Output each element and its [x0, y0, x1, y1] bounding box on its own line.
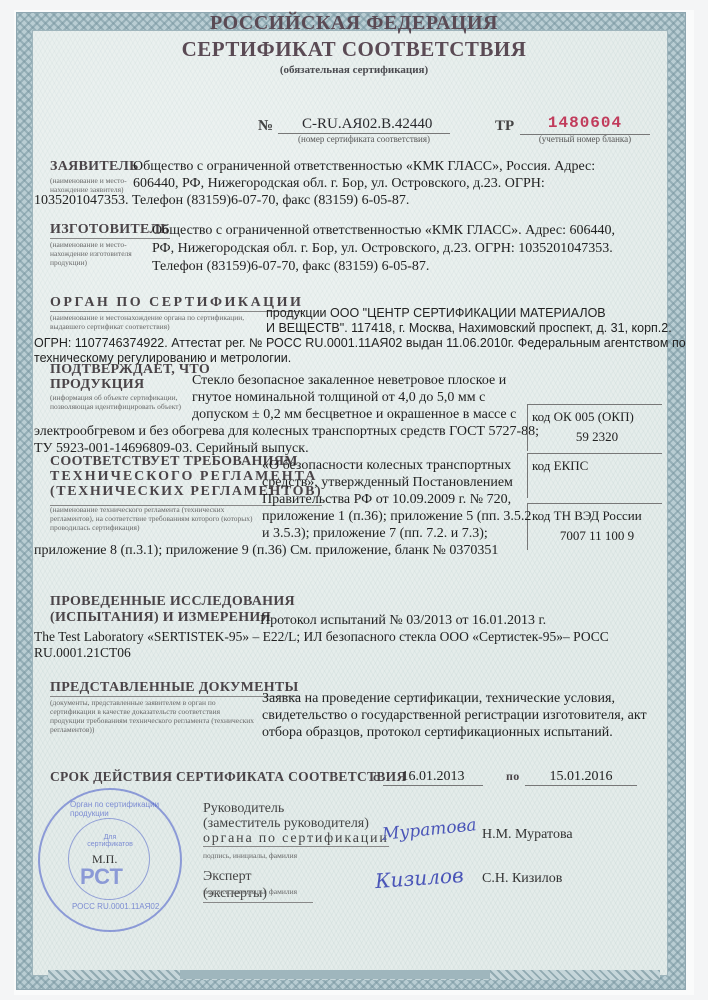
product-line-4: электрообгревом и без обогрева для колес… [34, 423, 539, 440]
documents-line-2: свидетельство о государственной регистра… [262, 707, 647, 724]
tests-line-3: RU.0001.21СТ06 [34, 645, 131, 661]
validity-to-prefix: по [506, 769, 520, 784]
expert-caption: подпись, инициалы, фамилия [203, 887, 297, 896]
certification-body-line-3: ОГРН: 1107746374922. Аттестат рег. № РОС… [34, 335, 686, 351]
certification-body-line-2: И ВЕЩЕСТВ". 117418, г. Москва, Нахимовск… [266, 320, 672, 336]
head-title: Руководитель (заместитель руководителя) … [203, 801, 389, 847]
head-title-line-2: (заместитель руководителя) [203, 816, 389, 831]
tests-label: ПРОВЕДЕННЫЕ ИССЛЕДОВАНИЯ (ИСПЫТАНИЯ) И И… [50, 594, 295, 626]
official-stamp: Орган по сертификации продукции Для серт… [38, 788, 182, 932]
tests-line-2: The Test Laboratory «SERTISTEK-95» – E22… [34, 629, 609, 645]
regulation-line-1: «О безопасности колесных транспортных [262, 457, 511, 474]
product-label: ПОДТВЕРЖДАЕТ, ЧТО ПРОДУКЦИЯ [50, 362, 210, 392]
product-caption: (информация об объекте сертификации, поз… [50, 393, 190, 411]
form-prefix: ТР [495, 118, 514, 135]
head-title-line-1: Руководитель [203, 801, 389, 816]
manufacturer-line-2: РФ, Нижегородская обл. г. Бор, ул. Остро… [152, 240, 613, 257]
code-tnved-box: код ТН ВЭД России 7007 11 100 9 [527, 503, 662, 550]
applicant-line-2: 606440, РФ, Нижегородская обл. г. Бор, у… [133, 175, 545, 192]
certification-body-caption: (наименование и местонахождение органа п… [50, 313, 258, 331]
stamp-inner-text: Для сертификатов [84, 834, 136, 848]
code-okp-label: код ОК 005 (ОКП) [532, 409, 662, 425]
form-number-field: 1480604 [520, 114, 650, 135]
regulation-line-6: приложение 8 (п.3.1); приложение 9 (п.36… [34, 542, 498, 559]
stamp-ring-text: Орган по сертификации продукции [70, 800, 180, 818]
validity-from-prefix: с [373, 769, 379, 785]
head-title-line-3: органа по сертификации [203, 831, 389, 847]
validity-to-date: 15.01.2016 [525, 768, 637, 786]
certificate-number-caption: (номер сертификата соответствия) [278, 134, 450, 144]
code-tnved-label: код ТН ВЭД России [532, 508, 662, 524]
product-line-1: Стекло безопасное закаленное неветровое … [192, 372, 506, 389]
regulation-caption: (наименование технического регламента (т… [50, 505, 265, 532]
validity-label: СРОК ДЕЙСТВИЯ СЕРТИФИКАТА СООТВЕТСТВИЯ [50, 769, 407, 785]
tests-label-line-2: (ИСПЫТАНИЯ) И ИЗМЕРЕНИЯ [50, 610, 295, 626]
tests-label-line-1: ПРОВЕДЕННЫЕ ИССЛЕДОВАНИЯ [50, 594, 295, 610]
certification-body-line-1: продукции ООО "ЦЕНТР СЕРТИФИКАЦИИ МАТЕРИ… [266, 305, 606, 321]
validity-from-date: 16.01.2013 [383, 768, 483, 786]
applicant-label: ЗАЯВИТЕЛЬ [50, 159, 139, 175]
rst-logo-icon: РСТ [80, 864, 123, 890]
applicant-line-1: Общество с ограниченной ответственностью… [133, 158, 595, 175]
footer-printer-imprint [180, 970, 490, 979]
number-sign: № [258, 118, 273, 135]
code-okp-value: 59 2320 [532, 429, 662, 445]
certificate-number: С-RU.АЯ02.В.42440 [278, 116, 450, 134]
product-label-line-1: ПОДТВЕРЖДАЕТ, ЧТО [50, 362, 210, 377]
product-label-line-2: ПРОДУКЦИЯ [50, 377, 210, 392]
regulation-line-3: Правительства РФ от 10.09.2009 г. № 720, [262, 491, 511, 508]
tests-line-1: Протокол испытаний № 03/2013 от 16.01.20… [260, 612, 546, 629]
product-line-2: гнутое номинальной толщиной от 4,0 до 5,… [192, 389, 485, 406]
document-subtitle: (обязательная сертификация) [0, 64, 708, 76]
regulation-line-4: приложение 1 (п.36); приложение 5 (пп. 3… [262, 508, 531, 525]
product-line-3: допуском ± 0,2 мм бесцветное и окрашенно… [192, 406, 516, 423]
applicant-line-3: 1035201047353. Телефон (83159)6-07-70, ф… [34, 192, 409, 209]
code-ekps-label: код ЕКПС [532, 458, 662, 474]
manufacturer-caption: (наименование и место-нахождение изготов… [50, 240, 142, 267]
documents-line-3: отбора образцов, протокол сертификационн… [262, 724, 613, 741]
manufacturer-line-1: Общество с ограниченной ответственностью… [152, 222, 615, 239]
documents-caption: (документы, представленные заявителем в … [50, 698, 255, 734]
stamp-code: РОСС RU.0001.11АЯ02 [72, 902, 159, 911]
form-number-caption: (учетный номер бланка) [520, 134, 650, 144]
regulation-line-2: средств», утвержденный Постановлением [262, 474, 513, 491]
code-okp-box: код ОК 005 (ОКП) 59 2320 [527, 404, 662, 451]
documents-line-1: Заявка на проведение сертификации, техни… [262, 690, 615, 707]
expert-title: Эксперт (эксперты) [203, 868, 313, 903]
code-ekps-box: код ЕКПС [527, 453, 662, 498]
form-number: 1480604 [548, 114, 622, 132]
manufacturer-line-3: Телефон (83159)6-07-70, факс (83159) 6-0… [152, 258, 429, 275]
expert-name: С.Н. Кизилов [482, 870, 562, 887]
regulation-line-5: и 3.5.3); приложение 7 (пп. 7.2. и 7.3); [262, 525, 488, 542]
country-heading: РОССИЙСКАЯ ФЕДЕРАЦИЯ [0, 12, 708, 35]
head-caption: подпись, инициалы, фамилия [203, 851, 297, 860]
code-tnved-value: 7007 11 100 9 [532, 528, 662, 544]
document-title: СЕРТИФИКАТ СООТВЕТСТВИЯ [0, 37, 708, 62]
head-name: Н.М. Муратова [482, 826, 573, 843]
